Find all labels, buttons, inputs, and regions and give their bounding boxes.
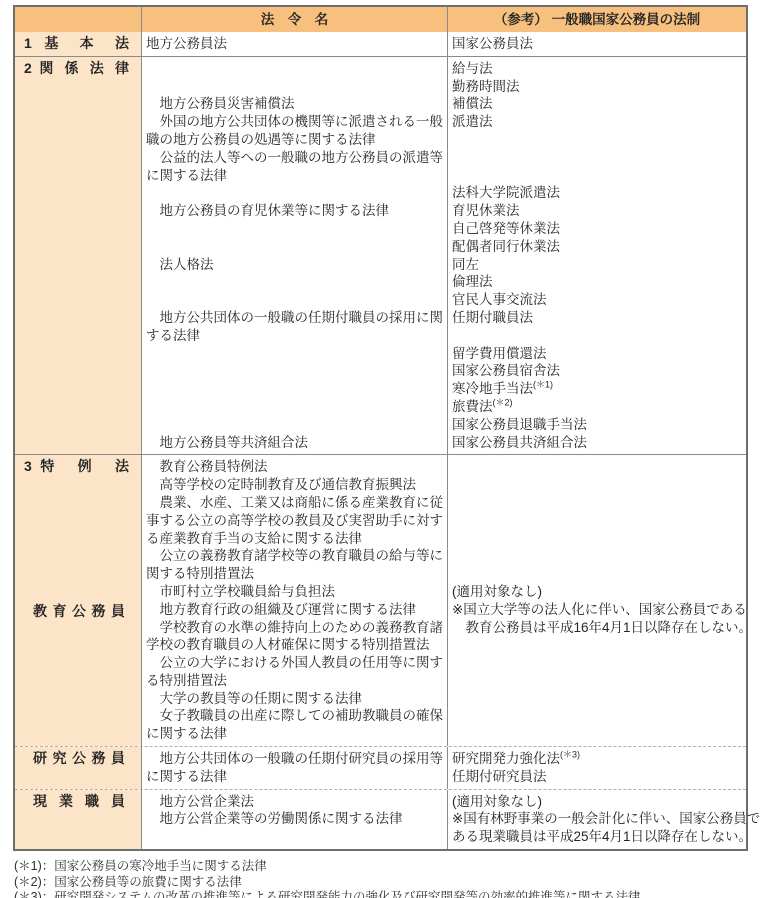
text-line xyxy=(142,380,447,398)
reference-cell: 国家公務員法 xyxy=(447,32,746,56)
footnote-line: (＊2)：国家公務員等の旅費に関する法律 xyxy=(14,875,760,891)
text-line: 留学費用償還法 xyxy=(448,345,746,363)
text-line: る特別措置法 xyxy=(142,672,447,690)
reference-cell: 研究開発力強化法(＊3)任期付研究員法 xyxy=(447,747,746,789)
category-sublabel: 教 育 公 務 員 xyxy=(15,603,141,621)
text-line: 公益的法人等への一般職の地方公務員の派遣等 xyxy=(142,149,447,167)
text-line: 女子教職員の出産に際しての補助教職員の確保 xyxy=(142,707,447,725)
text-line: 育児休業法 xyxy=(448,202,746,220)
text-line: (適用対象なし) xyxy=(448,793,746,811)
text-line xyxy=(448,547,746,565)
text-line: 派遣法 xyxy=(448,113,746,131)
text-line: 学校教育の水準の維持向上のための義務教育諸 xyxy=(142,619,447,637)
text-line xyxy=(448,167,746,185)
footnote-marker: (＊3) xyxy=(560,750,580,760)
footnote-line: (＊1)：国家公務員の寒冷地手当に関する法律 xyxy=(14,859,760,875)
category-cell: 現 業 職 員 xyxy=(15,790,141,849)
text-line xyxy=(142,345,447,363)
text-line xyxy=(448,512,746,530)
text-line: 外国の地方公共団体の機関等に派遣される一般 xyxy=(142,113,447,131)
category-label: 現 業 職 員 xyxy=(15,793,141,811)
reference-cell: (適用対象なし)※国立大学等の法人化に伴い、国家公務員である 教育公務員は平成1… xyxy=(447,455,746,746)
text-line xyxy=(142,60,447,78)
text-line xyxy=(448,131,746,149)
text-line: 地方公務員の育児休業等に関する法律 xyxy=(142,202,447,220)
reference-cell: (適用対象なし)※国有林野事業の一般会計化に伴い、国家公務員である現業職員は平成… xyxy=(447,790,746,849)
text-line xyxy=(142,291,447,309)
footnote-line: (＊3)：研究開発システムの改革の推進等による研究開発能力の強化及び研究開発等の… xyxy=(14,890,760,898)
text-line: 給与法 xyxy=(448,60,746,78)
footnote-marker: (＊2) xyxy=(493,397,513,407)
text-line: 同左 xyxy=(448,256,746,274)
text-line: 公立の大学における外国人教員の任用等に関す xyxy=(142,654,447,672)
law-name-cell: 地方公営企業法 地方公営企業等の労働関係に関する法律 xyxy=(141,790,447,849)
text-line: する法律 xyxy=(142,327,447,345)
text-line: 法人格法 xyxy=(142,256,447,274)
text-line xyxy=(448,327,746,345)
text-line: 職の地方公務員の処遇等に関する法律 xyxy=(142,131,447,149)
text-line xyxy=(142,220,447,238)
text-line: に関する法律 xyxy=(142,768,447,786)
law-name-cell: 地方公務員法 xyxy=(141,32,447,56)
footnote-marker: (＊1) xyxy=(533,380,553,390)
text-line xyxy=(448,476,746,494)
category-cell: 1 基 本 法 xyxy=(15,32,141,56)
table-row: 2 関 係 法 律 地方公務員災害補償法 外国の地方公共団体の機関等に派遣される… xyxy=(15,56,746,455)
text-line xyxy=(142,362,447,380)
footnotes: (＊1)：国家公務員の寒冷地手当に関する法律(＊2)：国家公務員等の旅費に関する… xyxy=(14,859,760,898)
text-line: 市町村立学校職員給与負担法 xyxy=(142,583,447,601)
text-line: 地方教育行政の組織及び運営に関する法律 xyxy=(142,601,447,619)
category-label: 2 関 係 法 律 xyxy=(15,60,141,78)
text-line: 地方公務員等共済組合法 xyxy=(142,434,447,452)
reference-cell: 給与法勤務時間法補償法派遣法法科大学院派遣法育児休業法自己啓発等休業法配偶者同行… xyxy=(447,57,746,455)
text-line: 大学の教員等の任期に関する法律 xyxy=(142,690,447,708)
text-line: 学校の教育職員の人材確保に関する特別措置法 xyxy=(142,636,447,654)
text-line: 地方公務員法 xyxy=(142,35,447,53)
text-line: 任期付研究員法 xyxy=(448,768,746,786)
text-line xyxy=(142,273,447,291)
text-line xyxy=(142,238,447,256)
text-line xyxy=(448,458,746,476)
category-cell: 研 究 公 務 員 xyxy=(15,747,141,789)
text-line: 農業、水産、工業又は商船に係る産業教育に従 xyxy=(142,494,447,512)
law-name-cell: 地方公共団体の一般職の任期付研究員の採用等に関する法律 xyxy=(141,747,447,789)
corner-cell xyxy=(15,7,141,32)
category-label: 3 特 例 法 xyxy=(15,458,141,476)
table-row: 研 究 公 務 員 地方公共団体の一般職の任期付研究員の採用等に関する法律研究開… xyxy=(15,746,746,789)
category-label: 1 基 本 法 xyxy=(15,35,141,53)
text-line: 教育公務員は平成16年4月1日以降存在しない。 xyxy=(448,619,746,637)
text-line: 官民人事交流法 xyxy=(448,291,746,309)
text-line: 事する公立の高等学校の教員及び実習助手に対す xyxy=(142,512,447,530)
text-line: 補償法 xyxy=(448,95,746,113)
text-line: 国家公務員宿舎法 xyxy=(448,362,746,380)
text-line xyxy=(142,416,447,434)
text-line: ある現業職員は平成25年4月1日以降存在しない。 xyxy=(448,828,746,846)
text-line: 研究開発力強化法(＊3) xyxy=(448,750,746,768)
text-line: 配偶者同行休業法 xyxy=(448,238,746,256)
text-line: 自己啓発等休業法 xyxy=(448,220,746,238)
text-line: 地方公共団体の一般職の任期付職員の採用に関 xyxy=(142,309,447,327)
text-line: る産業教育手当の支給に関する法律 xyxy=(142,530,447,548)
text-line xyxy=(448,149,746,167)
text-line: 高等学校の定時制教育及び通信教育振興法 xyxy=(142,476,447,494)
table-row: 3 特 例 法教 育 公 務 員 教育公務員特例法 高等学校の定時制教育及び通信… xyxy=(15,454,746,746)
text-line: 国家公務員退職手当法 xyxy=(448,416,746,434)
text-line: 寒冷地手当法(＊1) xyxy=(448,380,746,398)
table-row: 1 基 本 法地方公務員法国家公務員法 xyxy=(15,32,746,56)
text-line: に関する法律 xyxy=(142,167,447,185)
text-line: 地方公務員災害補償法 xyxy=(142,95,447,113)
text-line xyxy=(142,78,447,96)
text-line: 勤務時間法 xyxy=(448,78,746,96)
table-row: 現 業 職 員 地方公営企業法 地方公営企業等の労働関係に関する法律(適用対象な… xyxy=(15,789,746,849)
text-line: 国家公務員法 xyxy=(448,35,746,53)
text-line: ※国有林野事業の一般会計化に伴い、国家公務員で xyxy=(448,810,746,828)
text-line xyxy=(448,530,746,548)
text-line: 地方公共団体の一般職の任期付研究員の採用等 xyxy=(142,750,447,768)
text-line xyxy=(448,565,746,583)
text-line: 倫理法 xyxy=(448,273,746,291)
table-header-row: 法 令 名 （参考） 一般職国家公務員の法制 xyxy=(15,7,746,32)
text-line: 任期付職員法 xyxy=(448,309,746,327)
text-line xyxy=(142,398,447,416)
text-line xyxy=(448,494,746,512)
category-label: 研 究 公 務 員 xyxy=(15,750,141,768)
category-cell: 3 特 例 法教 育 公 務 員 xyxy=(15,455,141,746)
text-line: 旅費法(＊2) xyxy=(448,398,746,416)
text-line: 公立の義務教育諸学校等の教育職員の給与等に xyxy=(142,547,447,565)
column-header-law-name: 法 令 名 xyxy=(141,7,447,32)
law-comparison-table: 法 令 名 （参考） 一般職国家公務員の法制 1 基 本 法地方公務員法国家公務… xyxy=(13,5,748,851)
text-line: (適用対象なし) xyxy=(448,583,746,601)
text-line: 地方公営企業法 xyxy=(142,793,447,811)
text-line xyxy=(142,184,447,202)
law-name-cell: 教育公務員特例法 高等学校の定時制教育及び通信教育振興法 農業、水産、工業又は商… xyxy=(141,455,447,746)
law-name-cell: 地方公務員災害補償法 外国の地方公共団体の機関等に派遣される一般職の地方公務員の… xyxy=(141,57,447,455)
text-line: 法科大学院派遣法 xyxy=(448,184,746,202)
text-line: 地方公営企業等の労働関係に関する法律 xyxy=(142,810,447,828)
text-line: ※国立大学等の法人化に伴い、国家公務員である xyxy=(448,601,746,619)
category-cell: 2 関 係 法 律 xyxy=(15,57,141,455)
text-line: 関する特別措置法 xyxy=(142,565,447,583)
text-line: 国家公務員共済組合法 xyxy=(448,434,746,452)
text-line: に関する法律 xyxy=(142,725,447,743)
column-header-reference: （参考） 一般職国家公務員の法制 xyxy=(447,7,746,32)
text-line: 教育公務員特例法 xyxy=(142,458,447,476)
